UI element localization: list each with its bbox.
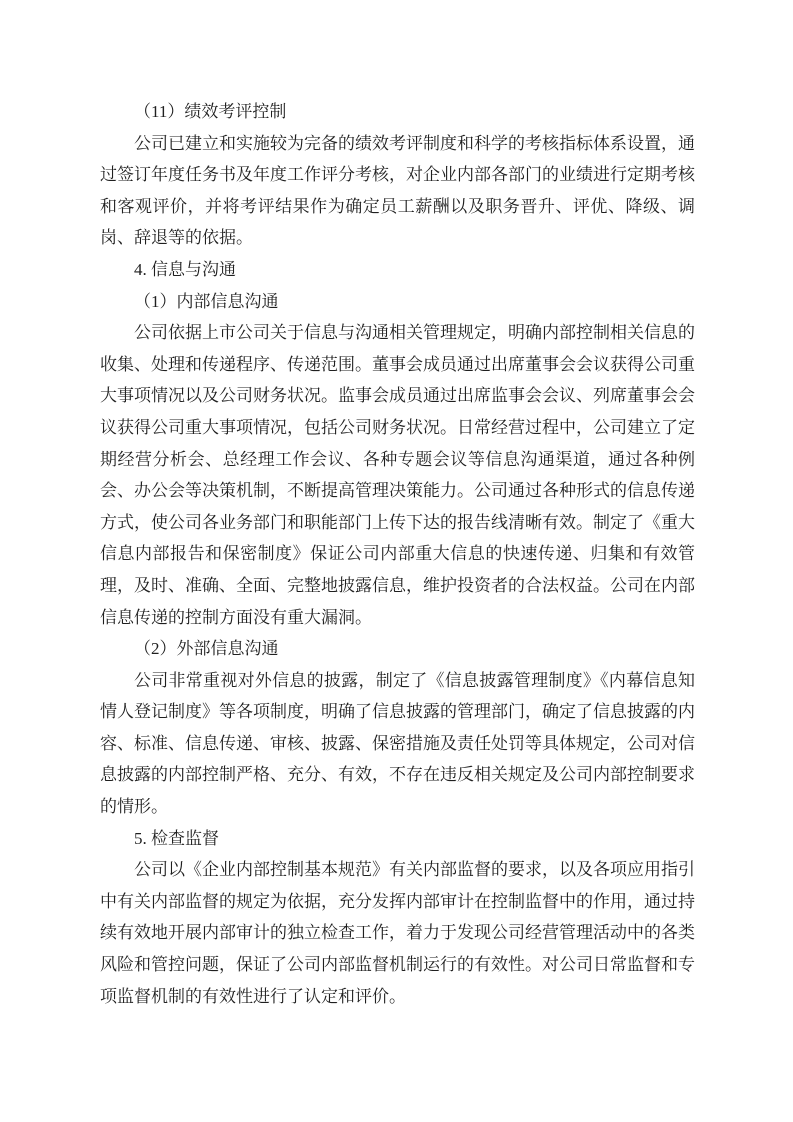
document-page: （11）绩效考评控制 公司已建立和实施较为完备的绩效考评制度和科学的考核指标体系… <box>0 0 793 1122</box>
heading-1-internal-information-communication: （1）内部信息沟通 <box>100 286 695 318</box>
para-performance-appraisal: 公司已建立和实施较为完备的绩效考评制度和科学的考核指标体系设置，通过签订年度任务… <box>100 128 695 254</box>
para-inspection-supervision: 公司以《企业内部控制基本规范》有关内部监督的要求，以及各项应用指引中有关内部监督… <box>100 854 695 1012</box>
heading-11-performance-appraisal-control: （11）绩效考评控制 <box>100 96 695 128</box>
heading-4-information-and-communication: 4. 信息与沟通 <box>100 254 695 286</box>
para-internal-information-communication: 公司依据上市公司关于信息与沟通相关管理规定，明确内部控制相关信息的收集、处理和传… <box>100 317 695 633</box>
para-external-information-communication: 公司非常重视对外信息的披露，制定了《信息披露管理制度》《内幕信息知情人登记制度》… <box>100 665 695 823</box>
heading-5-inspection-supervision: 5. 检查监督 <box>100 823 695 855</box>
document-body: （11）绩效考评控制 公司已建立和实施较为完备的绩效考评制度和科学的考核指标体系… <box>0 0 793 1012</box>
heading-2-external-information-communication: （2）外部信息沟通 <box>100 633 695 665</box>
